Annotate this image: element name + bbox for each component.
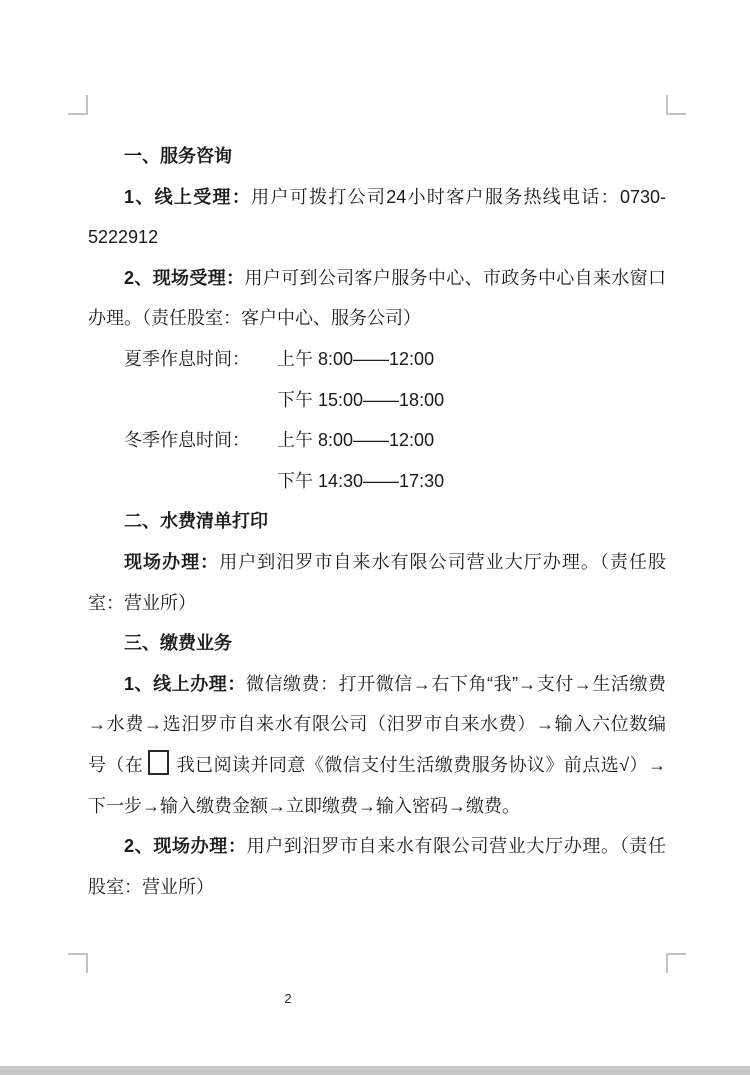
line-payment-online-cont1: →水费→选汨罗市自来水有限公司（汨罗市自来水费）→输入六位数编 [88, 704, 666, 745]
text-segment: 2、 [124, 836, 153, 856]
text-segment: 用户可拨打公司24小时客户服务热线电话：0730- [251, 187, 666, 207]
document-text-block: 一、服务咨询1、线上受理：用户可拨打公司24小时客户服务热线电话：0730-52… [88, 136, 666, 907]
text-segment: 线上办理： [153, 674, 246, 694]
agreement-checkbox-glyph [148, 750, 169, 775]
margin-corner-mark-bottom-left [68, 953, 88, 973]
text-segment: 用户可到公司客户服务中心、市政务中心自来水窗口 [244, 268, 666, 288]
line-onsite-accept: 2、现场受理：用户可到公司客户服务中心、市政务中心自来水窗口 [88, 258, 666, 299]
text-segment: 用户到汨罗市自来水有限公司营业大厅办理。（责任 [247, 836, 666, 856]
text-segment: 5222912 [88, 227, 158, 247]
text-segment: 现场办理： [153, 836, 246, 856]
line-payment-online: 1、线上办理：微信缴费：打开微信→右下角“我”→支付→生活缴费 [88, 664, 666, 705]
text-segment: 下一步→输入缴费金额→立即缴费→输入密码→缴费。 [88, 796, 520, 816]
text-segment: 1、 [124, 674, 153, 694]
text-segment: 办理。（责任股室：客户中心、服务公司） [88, 308, 421, 328]
line-bill-print-onsite: 现场办理：用户到汨罗市自来水有限公司营业大厅办理。（责任股 [88, 542, 666, 583]
line-summer-hours-pm: 下午 15:00——18:00 [88, 380, 666, 421]
text-segment: 下午 14:30——17:30 [277, 471, 444, 491]
text-segment: 现场受理： [153, 268, 245, 288]
document-page: 一、服务咨询1、线上受理：用户可拨打公司24小时客户服务热线电话：0730-52… [0, 0, 750, 1075]
line-winter-hours: 冬季作息时间：上午 8:00——12:00 [88, 420, 666, 461]
text-segment: 夏季作息时间： [124, 339, 277, 380]
line-online-accept: 1、线上受理：用户可拨打公司24小时客户服务热线电话：0730- [88, 177, 666, 218]
text-segment: 室：营业所） [88, 593, 196, 613]
line-winter-hours-pm: 下午 14:30——17:30 [88, 461, 666, 502]
text-segment: 1、 [124, 187, 155, 207]
line-payment-online-cont2: 号（在我已阅读并同意《微信支付生活缴费服务协议》前点选√）→ [88, 745, 666, 786]
text-segment: 上午 8:00——12:00 [277, 349, 434, 369]
heading-payment: 三、缴费业务 [88, 623, 666, 664]
page-separator-strip [0, 1066, 750, 1075]
text-segment: →水费→选汨罗市自来水有限公司（汨罗市自来水费）→输入六位数编 [88, 714, 666, 734]
margin-corner-mark-bottom-right [666, 953, 686, 973]
margin-corner-mark-top-right [666, 95, 686, 115]
text-segment: 冬季作息时间： [124, 420, 277, 461]
margin-corner-mark-top-left [68, 95, 88, 115]
text-segment: 股室：营业所） [88, 877, 214, 897]
text-segment: 号（在 [88, 755, 143, 775]
text-segment: 用户到汨罗市自来水有限公司营业大厅办理。（责任股 [219, 552, 666, 572]
heading-service-consult: 一、服务咨询 [88, 136, 666, 177]
text-segment: 二、水费清单打印 [124, 511, 268, 531]
text-segment: 现场办理： [124, 552, 219, 572]
text-segment: 我已阅读并同意《微信支付生活缴费服务协议》前点选√）→ [176, 755, 666, 775]
line-bill-print-cont: 室：营业所） [88, 583, 666, 624]
line-payment-online-cont3: 下一步→输入缴费金额→立即缴费→输入密码→缴费。 [88, 786, 666, 827]
text-segment: 微信缴费：打开微信→右下角“我”→支付→生活缴费 [246, 674, 666, 694]
text-segment: 三、缴费业务 [124, 633, 232, 653]
text-segment: 2、 [124, 268, 153, 288]
text-segment: 一、服务咨询 [124, 146, 232, 166]
text-segment: 线上受理： [155, 187, 252, 207]
text-segment: 上午 8:00——12:00 [277, 430, 434, 450]
line-payment-onsite: 2、现场办理：用户到汨罗市自来水有限公司营业大厅办理。（责任 [88, 826, 666, 867]
text-segment: 下午 15:00——18:00 [277, 390, 444, 410]
line-phone-number: 5222912 [88, 217, 666, 258]
page-number: 2 [268, 991, 308, 1006]
line-payment-onsite-cont: 股室：营业所） [88, 867, 666, 908]
line-onsite-accept-cont: 办理。（责任股室：客户中心、服务公司） [88, 298, 666, 339]
line-summer-hours: 夏季作息时间：上午 8:00——12:00 [88, 339, 666, 380]
heading-bill-print: 二、水费清单打印 [88, 501, 666, 542]
